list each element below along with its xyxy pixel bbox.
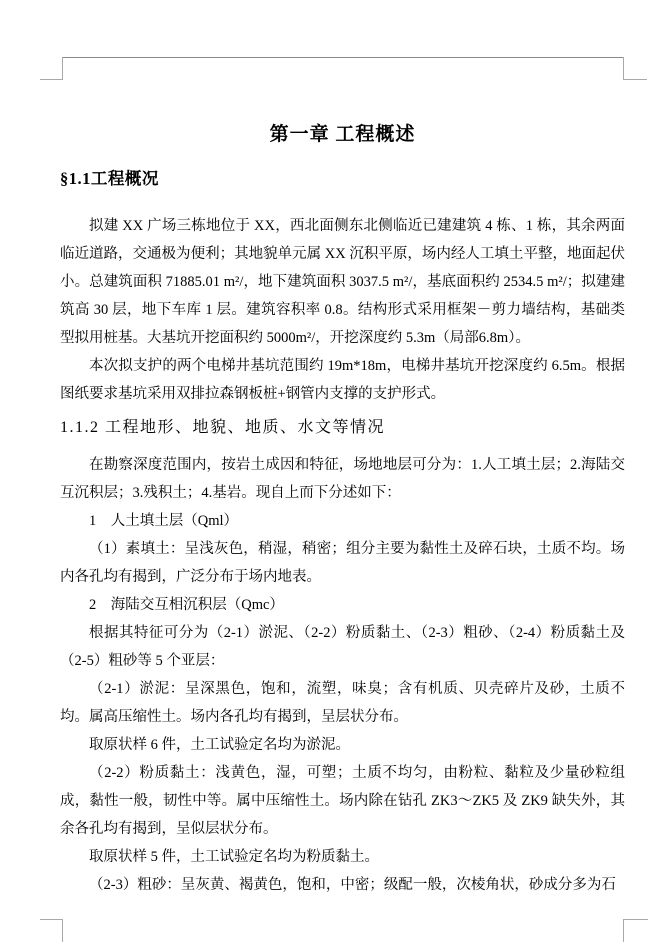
paragraph-silt-description: （2-1）淤泥：呈深黑色，饱和，流塑，味臭；含有机质、贝壳碎片及砂，土质不均。属… — [60, 675, 625, 731]
paragraph-silt-samples: 取原状样 6 件，土工试验定名均为淤泥。 — [60, 731, 625, 759]
section-heading: §1.1工程概况 — [60, 165, 625, 193]
crop-mark-bottom-left-vertical — [62, 919, 63, 942]
paragraph-elevator-pit-support: 本次拟支护的两个电梯井基坑范围约 19m*18m，电梯井基坑开挖深度约 6.5m… — [60, 352, 625, 408]
document-page: 第一章 工程概述 §1.1工程概况 拟建 XX 广场三栋地位于 XX，西北面侧东… — [0, 0, 671, 942]
crop-mark-bottom-right-vertical — [623, 919, 624, 942]
paragraph-survey-strata-intro: 在勘察深度范围内，按岩土成因和特征，场地地层可分为：1.人工填土层；2.海陆交互… — [60, 451, 625, 507]
page-content: 第一章 工程概述 §1.1工程概况 拟建 XX 广场三栋地位于 XX，西北面侧东… — [60, 57, 625, 899]
crop-mark-bottom-right-horizontal — [623, 919, 648, 920]
paragraph-project-overview: 拟建 XX 广场三栋地位于 XX，西北面侧东北侧临近已建建筑 4 栋、1 栋，其… — [60, 212, 625, 352]
crop-mark-top-right-horizontal — [623, 79, 647, 80]
paragraph-silty-clay-samples: 取原状样 5 件，土工试验定名均为粉质黏土。 — [60, 843, 625, 871]
paragraph-plain-fill-description: （1）素填土：呈浅灰色，稍湿，稍密；组分主要为黏性土及碎石块，土质不均。场内各孔… — [60, 535, 625, 591]
paragraph-silty-clay-description: （2-2）粉质黏土：浅黄色，湿，可塑；土质不均匀，由粉粒、黏粒及少量砂粒组成，黏… — [60, 759, 625, 843]
crop-mark-bottom-left-horizontal — [40, 919, 63, 920]
sub-heading-terrain-geology: 1.1.2 工程地形、地貌、地质、水文等情况 — [60, 413, 625, 443]
paragraph-fill-layer-heading: 1 人土填土层（Qml） — [60, 507, 625, 535]
paragraph-sublayer-classification: 根据其特征可分为（2-1）淤泥、（2-2）粉质黏土、（2-3）粗砂、（2-4）粉… — [60, 619, 625, 675]
paragraph-coarse-sand-description: （2-3）粗砂：呈灰黄、褐黄色，饱和，中密；级配一般，次棱角状，砂成分多为石 — [60, 871, 625, 899]
chapter-title: 第一章 工程概述 — [60, 121, 625, 149]
paragraph-marine-layer-heading: 2 海陆交互相沉积层（Qmc） — [60, 591, 625, 619]
